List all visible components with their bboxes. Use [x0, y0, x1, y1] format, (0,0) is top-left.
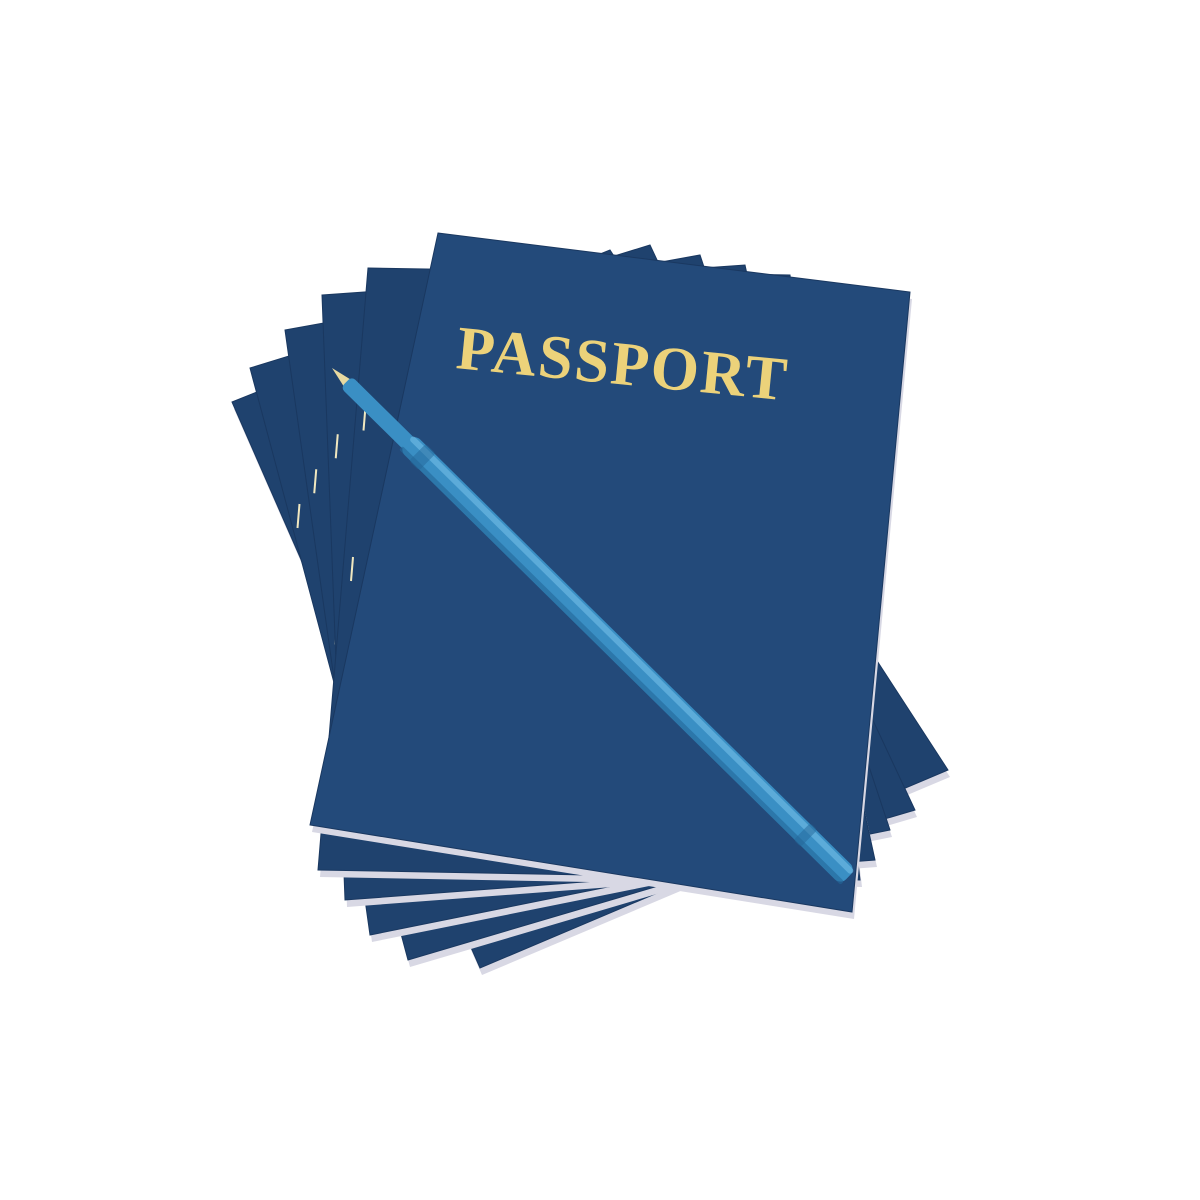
passport-photo: PASSPORT	[0, 0, 1200, 1200]
